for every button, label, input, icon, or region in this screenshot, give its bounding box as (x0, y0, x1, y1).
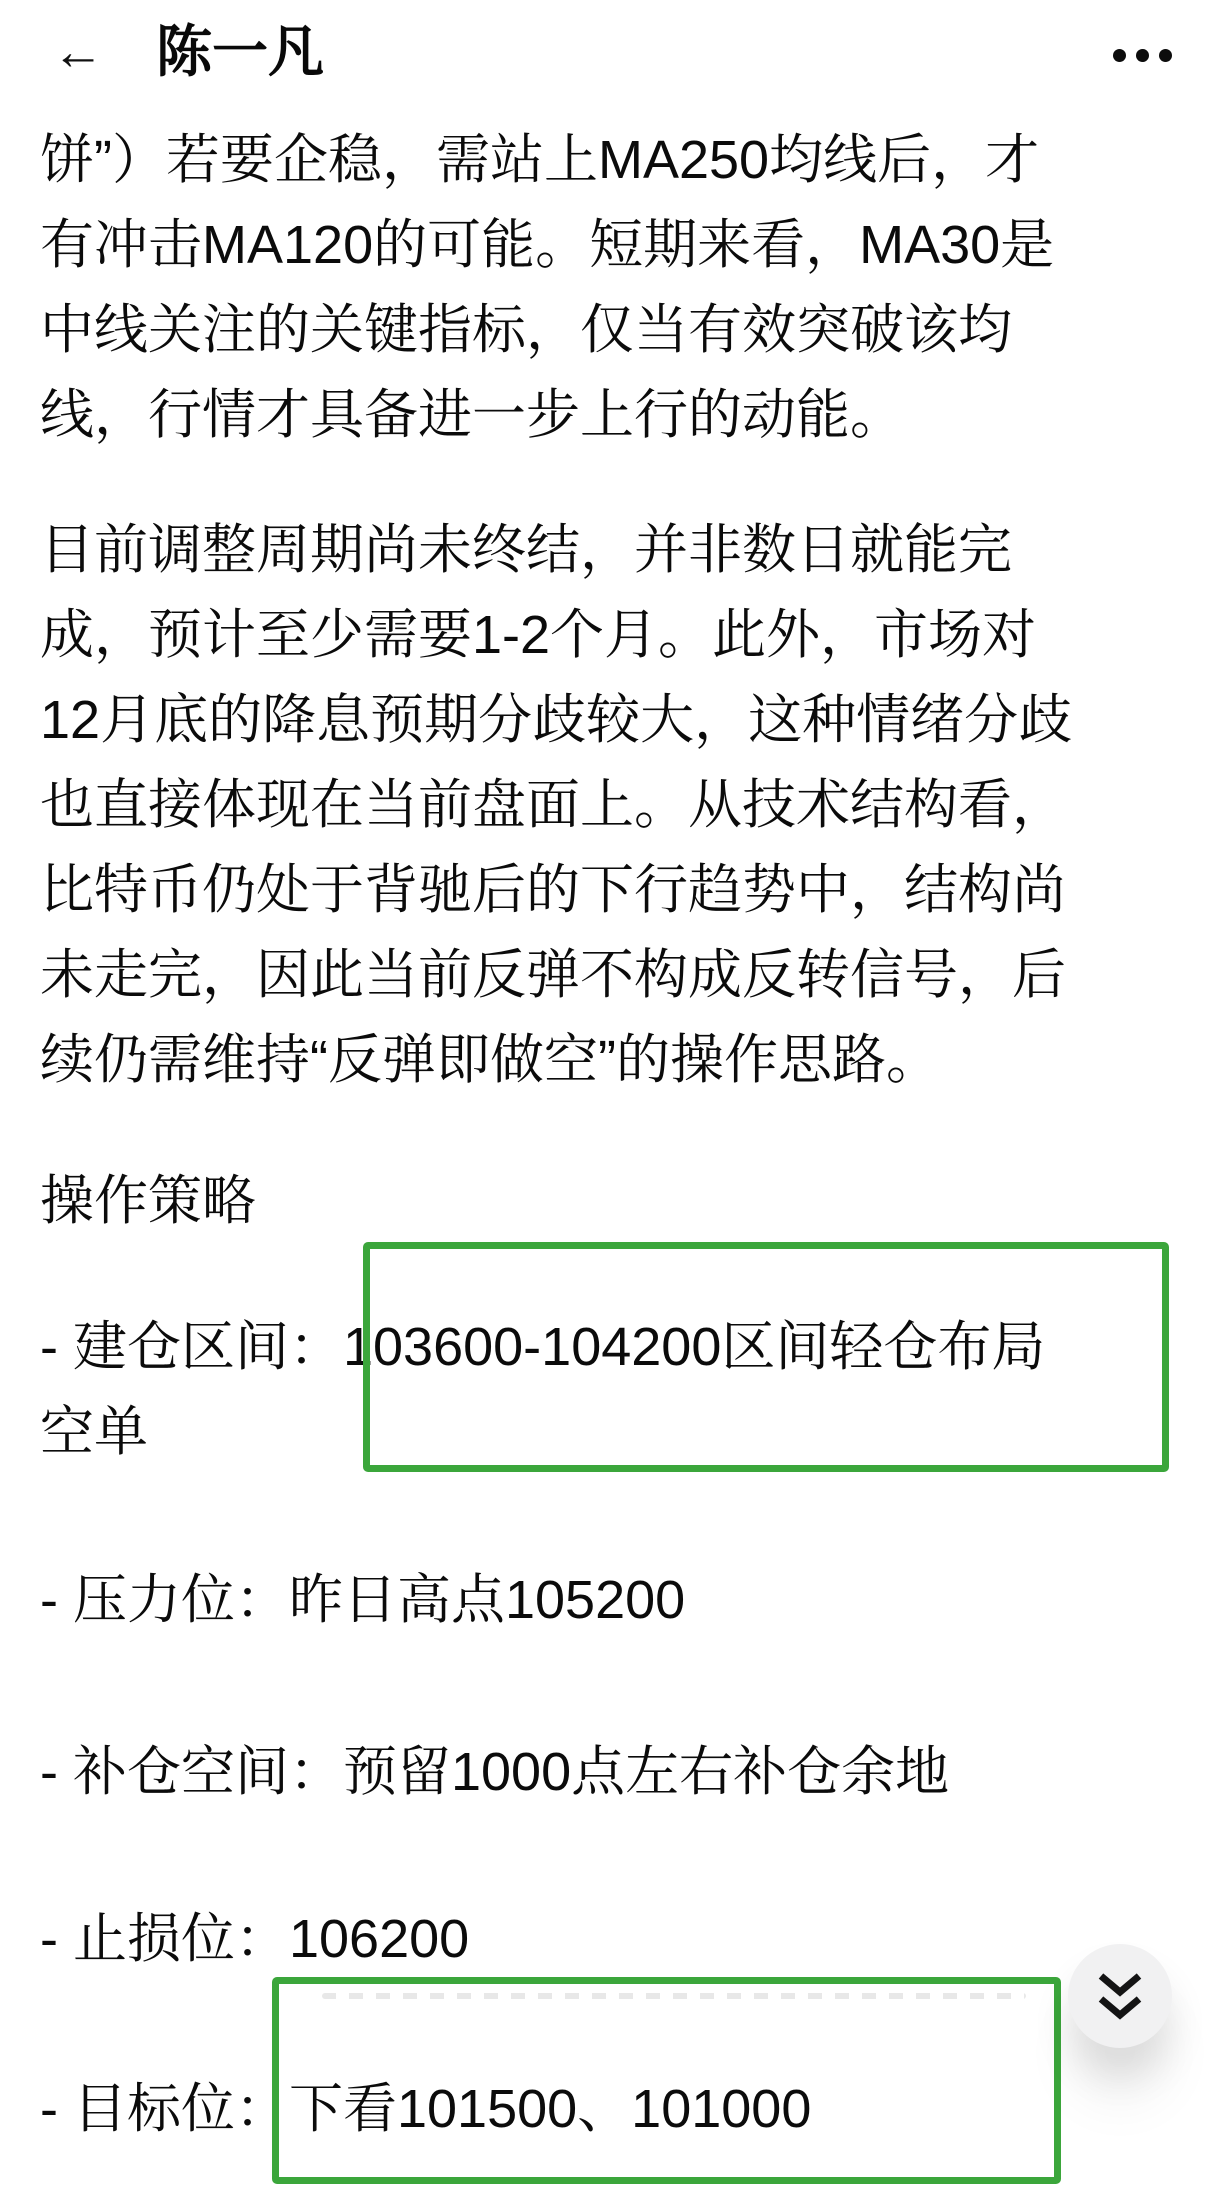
back-arrow-icon[interactable]: ← (52, 10, 104, 94)
strategy-entry-line: - 建仓区间：103600-104200区间轻仓布局 (40, 1305, 1045, 1390)
paragraph-line: 续仍需维持“反弹即做空”的操作思路。 (40, 1018, 940, 1103)
strategy-entry-line: 空单 (40, 1390, 148, 1475)
more-menu-icon[interactable] (1113, 48, 1172, 62)
paragraph-line: 未走完，因此当前反弹不构成反转信号，后 (40, 933, 1066, 1018)
paragraph-line: 目前调整周期尚未终结，并非数日就能完 (40, 508, 1012, 593)
double-chevron-down-icon (1097, 1972, 1143, 2020)
paragraph-line: 成，预计至少需要1-2个月。此外，市场对 (40, 593, 1036, 678)
strategy-addon-line: - 补仓空间：预留1000点左右补仓余地 (40, 1730, 949, 1815)
strategy-target-line: - 目标位：下看101500、101000 (40, 2067, 811, 2152)
chat-article-screen: ← 陈一凡 饼”）若要企稳，需站上MA250均线后，才 有冲击MA120的可能。… (0, 0, 1228, 2197)
scroll-to-bottom-button[interactable] (1068, 1944, 1172, 2048)
paragraph-line: 中线关注的关键指标，仅当有效突破该均 (40, 288, 1012, 373)
paragraph-line: 比特币仍处于背驰后的下行趋势中，结构尚 (40, 848, 1066, 933)
strategy-stoploss-line: - 止损位：106200 (40, 1897, 469, 1982)
page-title: 陈一凡 (156, 12, 324, 92)
dashed-artifact (322, 1993, 1026, 1999)
paragraph-line: 12月底的降息预期分歧较大，这种情绪分歧 (40, 678, 1072, 763)
menu-dot (1159, 49, 1172, 62)
strategy-pressure-line: - 压力位：昨日高点105200 (40, 1558, 685, 1643)
paragraph-line: 线，行情才具备进一步上行的动能。 (40, 373, 904, 458)
paragraph-line: 饼”）若要企稳，需站上MA250均线后，才 (40, 118, 1039, 203)
paragraph-line: 有冲击MA120的可能。短期来看，MA30是 (40, 203, 1054, 288)
menu-dot (1113, 49, 1126, 62)
paragraph-line: 也直接体现在当前盘面上。从技术结构看， (40, 763, 1066, 848)
section-heading: 操作策略 (40, 1159, 256, 1244)
menu-dot (1136, 49, 1149, 62)
